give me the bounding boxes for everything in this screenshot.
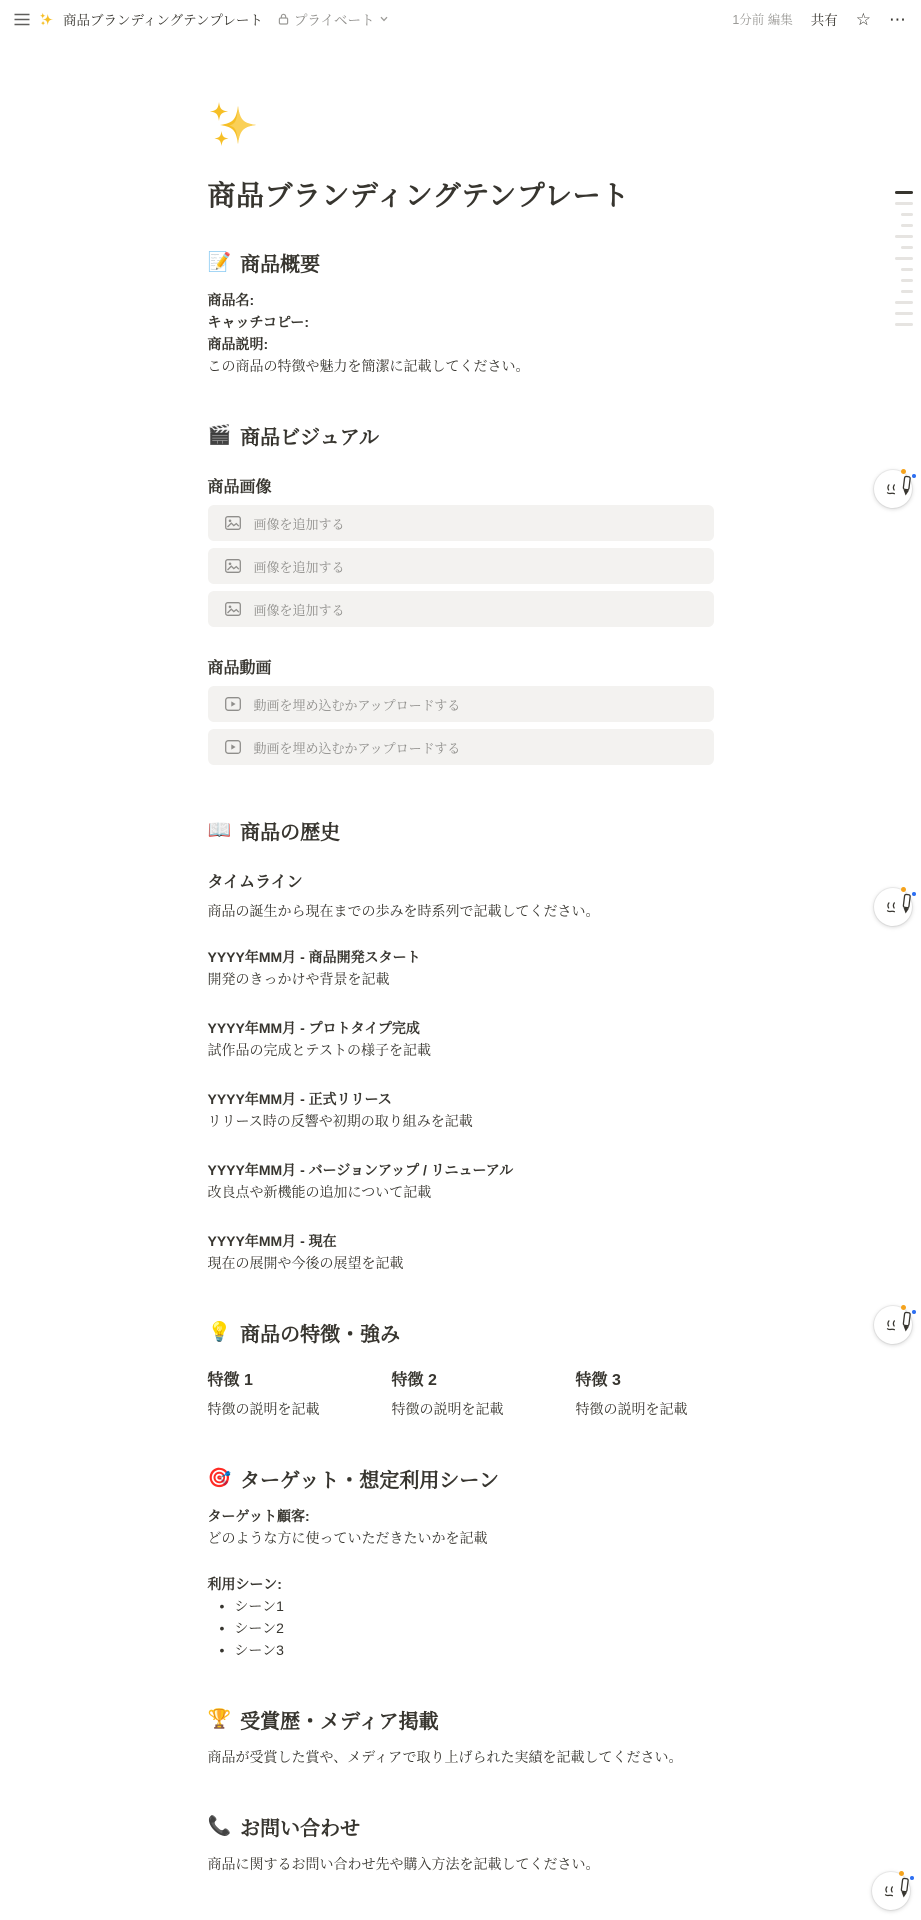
pencil-icon [900,893,913,915]
image-icon [225,602,241,616]
telephone-receiver-icon: 📞 [208,1817,232,1836]
light-bulb-icon: 💡 [208,1323,232,1342]
page-body: 商品ブランディングテンプレート 📝 商品概要 商品名: キャッチコピー: 商品説… [208,98,714,1875]
product-description-hint: この商品の特徴や魅力を簡潔に記載してください。 [208,355,714,377]
sparkles-page-icon [39,12,54,27]
toc-dash[interactable] [901,246,913,249]
toc-dash[interactable] [895,301,913,304]
notion-ai-button[interactable] [872,884,920,930]
toc-dash[interactable] [895,312,913,315]
timeline-entry: YYYY年MM月 - プロトタイプ完成 試作品の完成とテストの様子を記載 [208,1017,714,1061]
toc-dash[interactable] [895,202,913,205]
section-heading-visual: 🎬 商品ビジュアル [208,421,714,450]
share-button[interactable]: 共有 [811,9,838,29]
videos-subheading: 商品動画 [208,655,714,678]
notion-ai-button[interactable] [872,466,920,512]
list-item: • シーン1 [208,1595,714,1617]
sparkle-dot-blue [912,474,916,478]
sparkle-dot-blue [912,1310,916,1314]
usage-scenes-label: 利用シーン: [208,1573,714,1595]
sparkle-dot-orange [901,1305,906,1310]
clapper-board-icon: 🎬 [208,426,232,445]
video-icon [225,740,241,754]
notion-ai-button[interactable] [870,1868,918,1914]
topbar: 商品ブランディングテンプレート プライベート 1分前 編集 共有 ☆ ⋯ [0,0,921,38]
pencil-icon [900,475,913,497]
add-image-placeholder[interactable]: 画像を追加する [208,505,714,541]
list-item: • シーン2 [208,1617,714,1639]
toc-dash[interactable] [901,213,913,216]
last-edited-label: 1分前 編集 [732,10,792,28]
timeline-entry: YYYY年MM月 - 商品開発スタート 開発のきっかけや背景を記載 [208,946,714,990]
awards-hint: 商品が受賞した賞や、メディアで取り上げられた実績を記載してください。 [208,1746,714,1768]
feature-column: 特徴 1 特徴の説明を記載 [208,1367,346,1420]
feature-column: 特徴 3 特徴の説明を記載 [576,1367,714,1420]
section-heading-target: 🎯 ターゲット・想定利用シーン [208,1464,714,1493]
memo-icon: 📝 [208,253,232,272]
toc-dash[interactable] [901,279,913,282]
target-customer-hint: どのような方に使っていただきたいかを記載 [208,1527,714,1549]
toc-dash[interactable] [895,257,913,260]
section-heading-history: 📖 商品の歴史 [208,816,714,845]
pencil-icon [898,1877,911,1899]
timeline-hint: 商品の誕生から現在までの歩みを時系列で記載してください。 [208,900,714,922]
add-image-placeholder[interactable]: 画像を追加する [208,548,714,584]
target-customer-label: ターゲット顧客: [208,1505,714,1527]
sparkle-dot-orange [899,1871,904,1876]
add-image-placeholder[interactable]: 画像を追加する [208,591,714,627]
timeline-subheading: タイムライン [208,869,714,892]
timeline-entry: YYYY年MM月 - 現在 現在の展開や今後の展望を記載 [208,1230,714,1274]
notion-ai-button[interactable] [872,1302,920,1348]
catchcopy-label: キャッチコピー: [208,311,714,333]
toc-dash[interactable] [901,268,913,271]
trophy-icon: 🏆 [208,1710,232,1729]
bullet-icon: • [220,1595,225,1617]
section-heading-overview: 📝 商品概要 [208,248,714,277]
section-heading-awards: 🏆 受賞歴・メディア掲載 [208,1705,714,1734]
dart-target-icon: 🎯 [208,1469,232,1488]
bullet-icon: • [220,1617,225,1639]
list-item: • シーン3 [208,1639,714,1661]
add-video-placeholder[interactable]: 動画を埋め込むかアップロードする [208,686,714,722]
hamburger-menu-icon[interactable] [14,13,30,26]
lock-icon [278,13,289,25]
product-description-label: 商品説明: [208,333,714,355]
timeline-entry: YYYY年MM月 - バージョンアップ / リニューアル 改良点や新機能の追加に… [208,1159,714,1203]
sparkle-dot-orange [901,887,906,892]
product-name-label: 商品名: [208,289,714,311]
sparkle-dot-blue [912,892,916,896]
section-heading-features: 💡 商品の特徴・強み [208,1318,714,1347]
sparkle-dot-blue [910,1876,914,1880]
table-of-contents-indicator [895,191,913,326]
video-icon [225,697,241,711]
toc-dash[interactable] [901,224,913,227]
image-icon [225,516,241,530]
add-video-placeholder[interactable]: 動画を埋め込むかアップロードする [208,729,714,765]
page-sparkles-emoji-icon[interactable] [208,98,714,150]
bullet-icon: • [220,1639,225,1661]
privacy-label: プライベート [294,9,375,29]
toc-dash[interactable] [901,290,913,293]
chevron-down-icon [380,16,388,22]
toc-dash[interactable] [895,191,913,194]
images-subheading: 商品画像 [208,474,714,497]
contact-hint: 商品に関するお問い合わせ先や購入方法を記載してください。 [208,1853,714,1875]
timeline-entry: YYYY年MM月 - 正式リリース リリース時の反響や初期の取り組みを記載 [208,1088,714,1132]
toc-dash[interactable] [895,323,913,326]
image-icon [225,559,241,573]
feature-columns: 特徴 1 特徴の説明を記載 特徴 2 特徴の説明を記載 特徴 3 特徴の説明を記… [208,1367,714,1420]
pencil-icon [900,1311,913,1333]
toc-dash[interactable] [895,235,913,238]
feature-column: 特徴 2 特徴の説明を記載 [392,1367,530,1420]
open-book-icon: 📖 [208,821,232,840]
page-title: 商品ブランディングテンプレート [208,174,714,214]
breadcrumb-page-title[interactable]: 商品ブランディングテンプレート [63,9,263,29]
section-heading-contact: 📞 お問い合わせ [208,1812,714,1841]
more-options-icon[interactable]: ⋯ [889,11,907,28]
star-icon[interactable]: ☆ [856,11,871,28]
privacy-dropdown[interactable]: プライベート [278,9,388,29]
sparkle-dot-orange [901,469,906,474]
